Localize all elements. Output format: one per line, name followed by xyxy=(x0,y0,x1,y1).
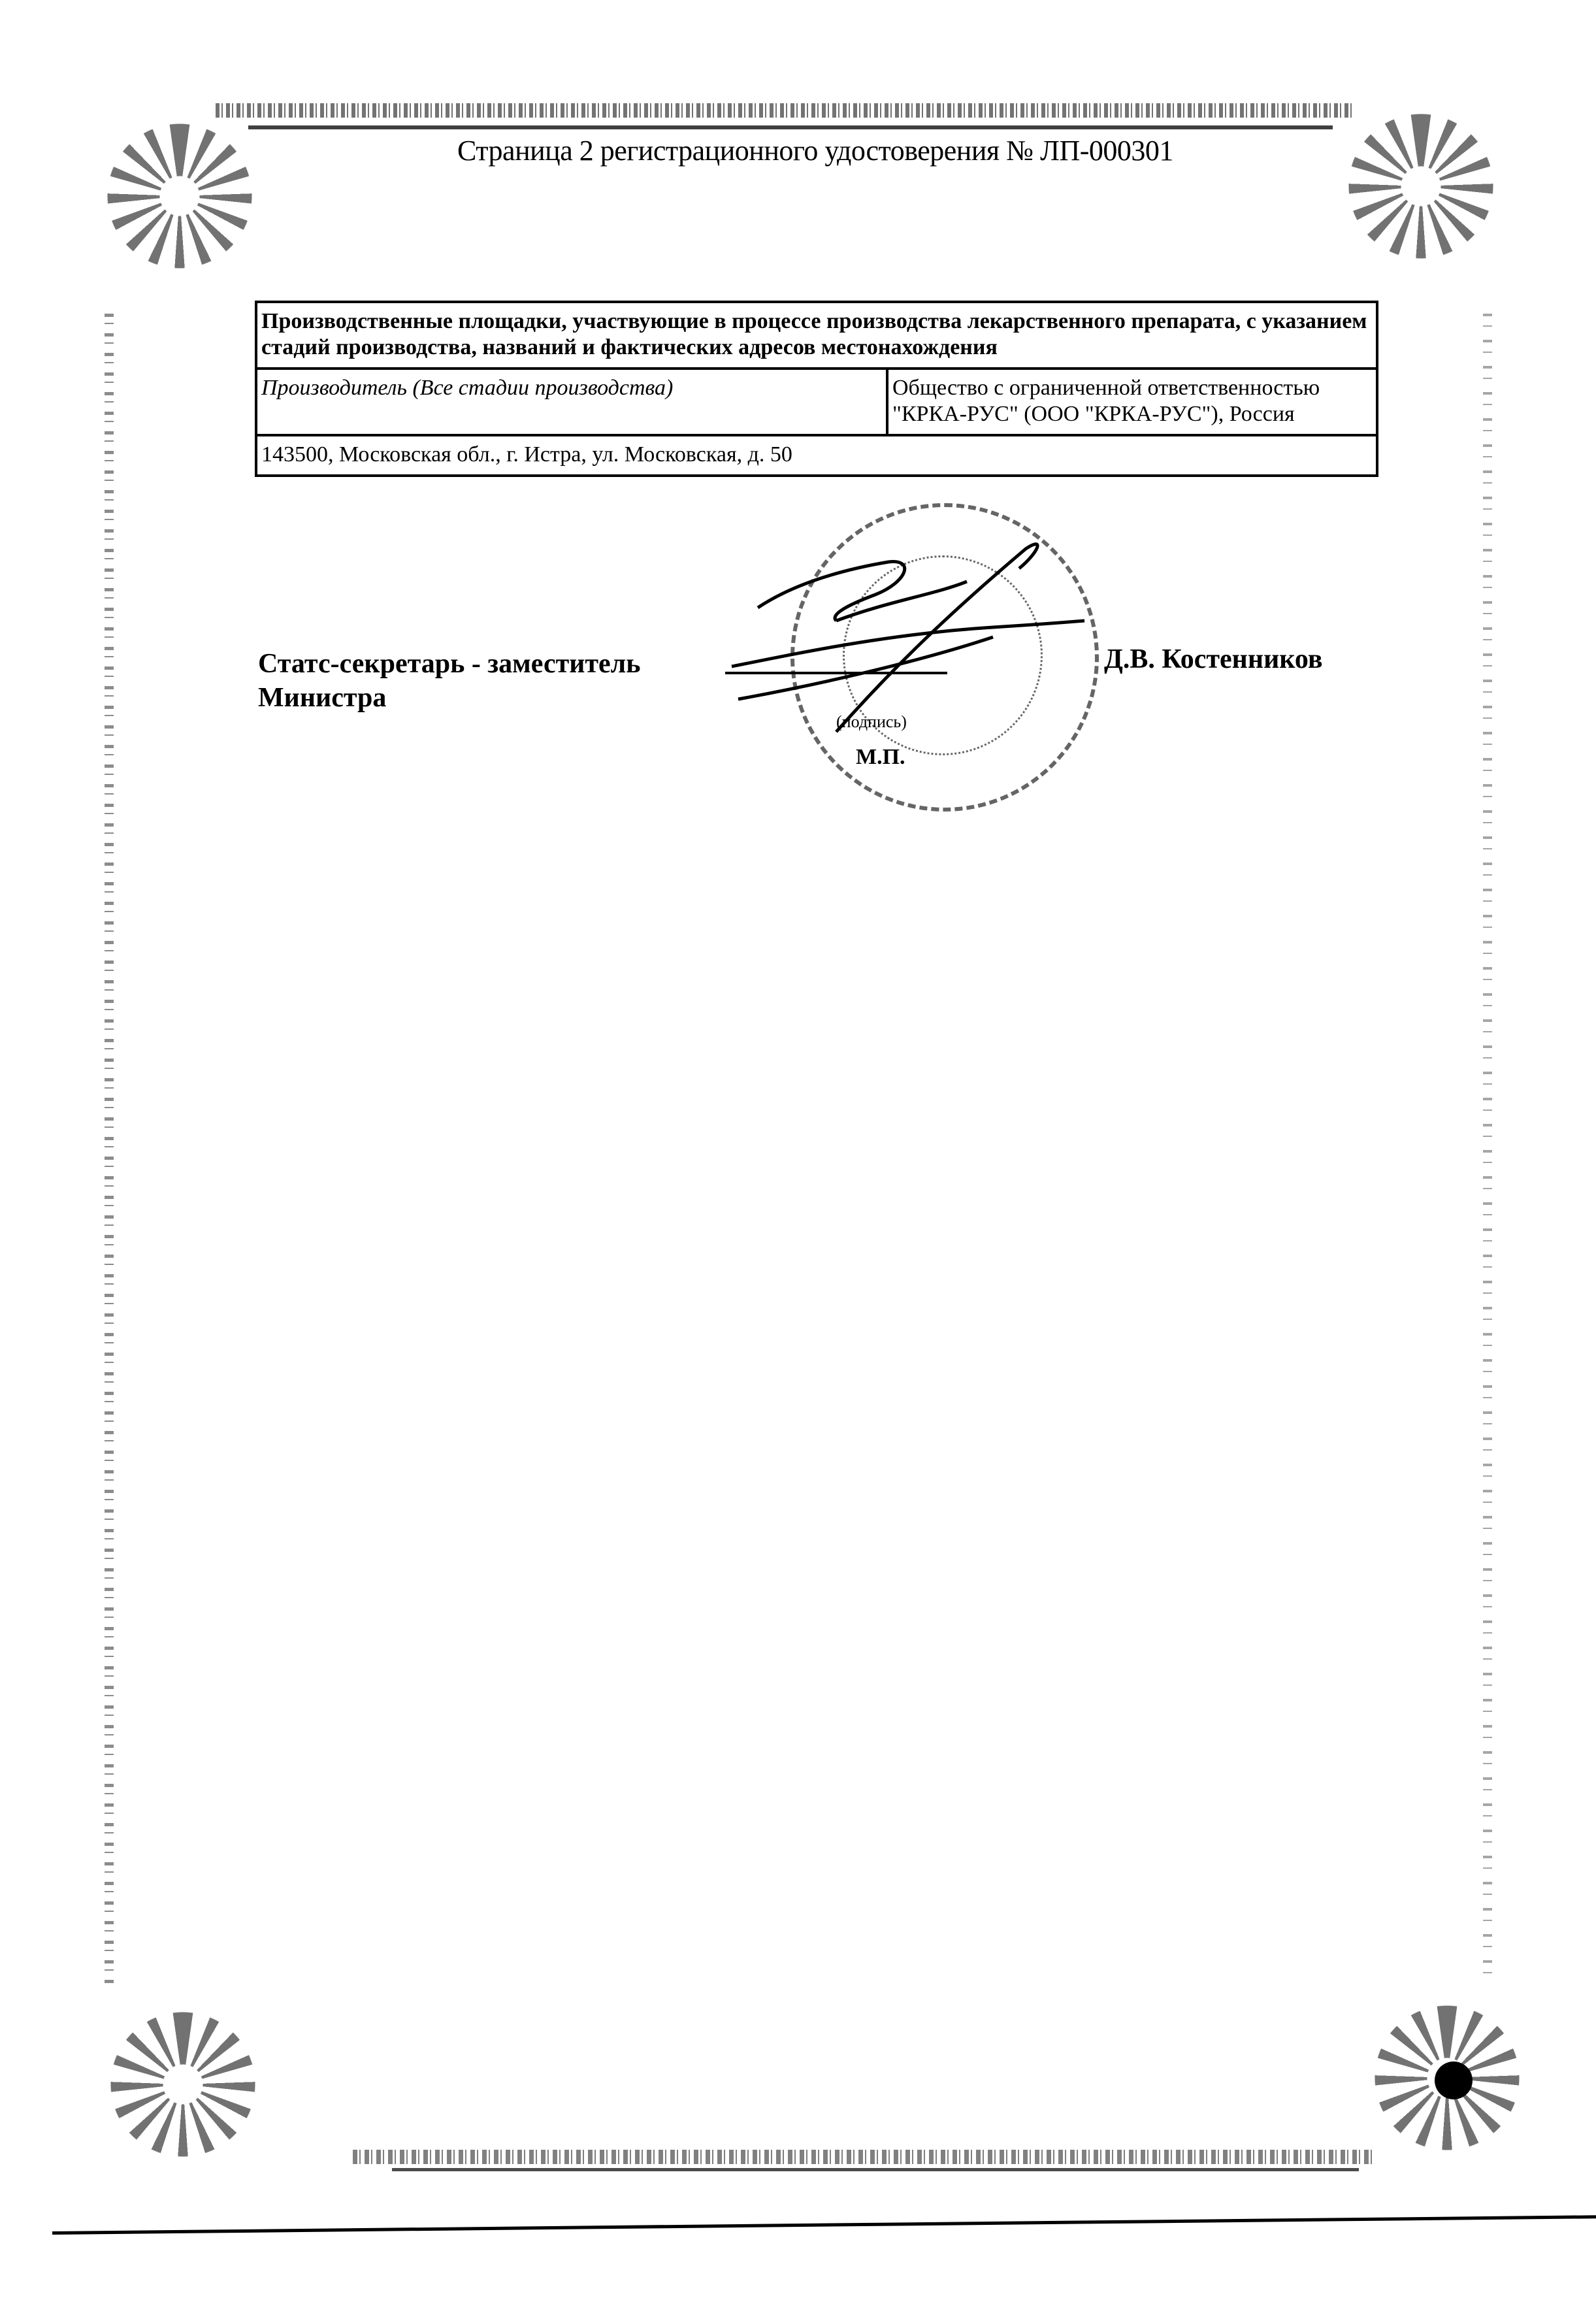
organization-cell: Общество с ограниченной ответственностью… xyxy=(887,369,1377,435)
page-title: Страница 2 регистрационного удостоверени… xyxy=(457,134,1173,167)
frame-rule-bottom xyxy=(392,2168,1359,2171)
table-header-row: Производственные площадки, участвующие в… xyxy=(256,302,1377,369)
frame-border-left xyxy=(105,314,114,1986)
seal-place-label: М.П. xyxy=(856,745,905,770)
frame-border-right xyxy=(1483,314,1492,1986)
table-header-cell: Производственные площадки, участвующие в… xyxy=(256,302,1377,369)
manufacturer-role-cell: Производитель (Все стадии производства) xyxy=(256,369,887,435)
table-row: Производитель (Все стадии производства) … xyxy=(256,369,1377,435)
signatory-position-line1: Статс-секретарь - заместитель xyxy=(258,647,640,681)
rosette-ornament-icon xyxy=(105,121,255,271)
table-row: 143500, Московская обл., г. Истра, ул. М… xyxy=(256,435,1377,476)
rosette-ornament-icon xyxy=(108,2009,258,2160)
rosette-ornament-icon xyxy=(1346,111,1496,261)
signatory-position: Статс-секретарь - заместитель Министра xyxy=(258,647,640,715)
signatory-name: Д.В. Костенников xyxy=(1104,644,1323,675)
punch-hole-icon xyxy=(1435,2062,1473,2099)
address-cell: 143500, Московская обл., г. Истра, ул. М… xyxy=(256,435,1377,476)
signature-caption: (подпись) xyxy=(836,712,907,732)
handwritten-signature-icon xyxy=(719,523,1111,738)
signatory-position-line2: Министра xyxy=(258,681,640,715)
scan-edge-line xyxy=(52,2215,1596,2235)
frame-border-top xyxy=(216,103,1352,118)
scanned-page: Страница 2 регистрационного удостоверени… xyxy=(0,0,1596,2300)
frame-border-bottom xyxy=(353,2150,1372,2164)
production-sites-table: Производственные площадки, участвующие в… xyxy=(255,301,1378,477)
frame-rule-top xyxy=(248,125,1333,129)
